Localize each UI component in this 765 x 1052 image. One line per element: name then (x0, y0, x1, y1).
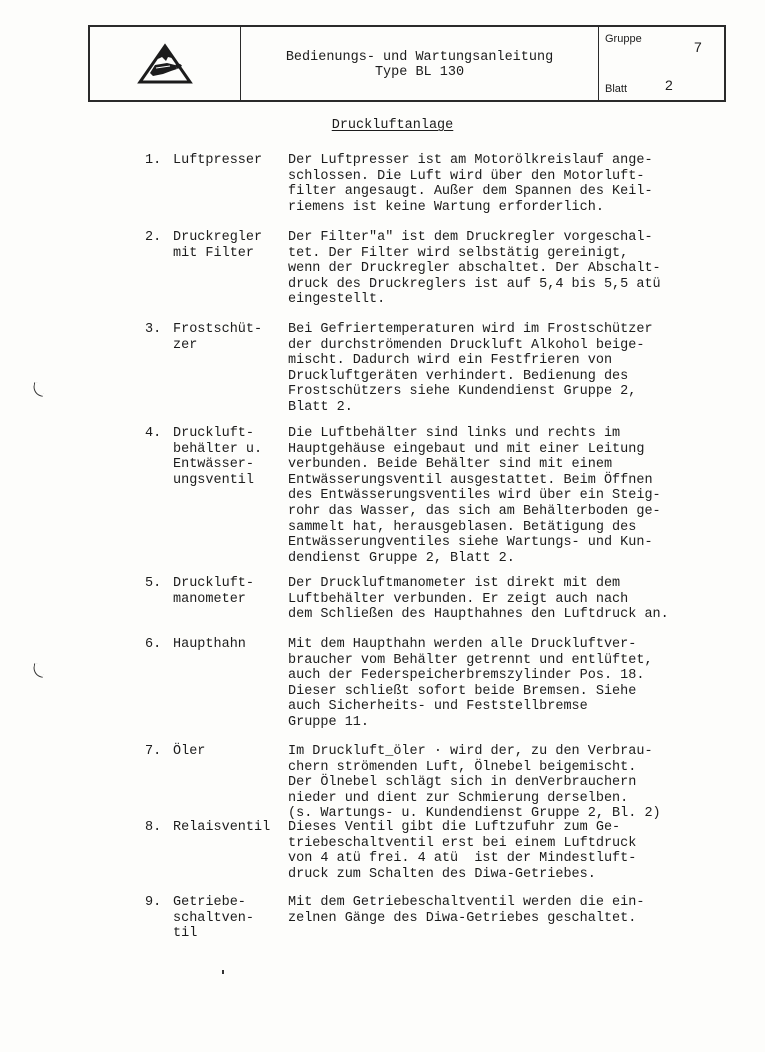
item-number: 4. (145, 426, 161, 442)
item-term: Getriebe- schaltven- til (173, 895, 254, 942)
gruppe-label: Gruppe (605, 33, 642, 45)
binder-hole-mark (32, 663, 45, 678)
item-description: Die Luftbehälter sind links und rechts i… (288, 426, 661, 566)
item-number: 3. (145, 322, 161, 338)
section-title: Druckluftanlage (0, 118, 765, 133)
item-description: Mit dem Getriebeschaltventil werden die … (288, 895, 644, 926)
item-number: 1. (145, 153, 161, 169)
item-term: Luftpresser (173, 153, 262, 169)
item-number: 5. (145, 576, 161, 592)
item-term: Öler (173, 744, 205, 760)
item-term: Druckluft- behälter u. Entwässer- ungsve… (173, 426, 262, 488)
item-number: 9. (145, 895, 161, 911)
warning-triangle-hand-wrench-icon (137, 43, 193, 85)
item-term: Relaisventil (173, 820, 270, 836)
logo-cell (90, 27, 241, 100)
item-description: Bei Gefriertemperaturen wird im Frostsch… (288, 322, 653, 416)
document-type: Type BL 130 (375, 65, 464, 80)
binder-hole-mark (32, 382, 45, 397)
gruppe-value: 7 (694, 39, 702, 55)
item-number: 7. (145, 744, 161, 760)
item-number: 2. (145, 230, 161, 246)
item-description: Im Druckluft_öler · wird der, zu den Ver… (288, 744, 661, 822)
item-number: 6. (145, 637, 161, 653)
document-header: Bedienungs- und Wartungsanleitung Type B… (88, 25, 726, 102)
blatt-label: Blatt (605, 83, 627, 95)
stray-mark (222, 970, 224, 974)
item-description: Mit dem Haupthahn werden alle Druckluftv… (288, 637, 653, 731)
item-description: Dieses Ventil gibt die Luftzufuhr zum Ge… (288, 820, 636, 882)
item-term: Druckregler mit Filter (173, 230, 262, 261)
blatt-value: 2 (665, 77, 673, 93)
item-term: Druckluft- manometer (173, 576, 254, 607)
document-title: Bedienungs- und Wartungsanleitung (286, 50, 553, 65)
item-description: Der Luftpresser ist am Motorölkreislauf … (288, 153, 653, 215)
item-number: 8. (145, 820, 161, 836)
meta-cell: Gruppe 7 Blatt 2 (599, 27, 724, 100)
item-description: Der Filter"a" ist dem Druckregler vorges… (288, 230, 661, 308)
item-term: Haupthahn (173, 637, 246, 653)
title-cell: Bedienungs- und Wartungsanleitung Type B… (241, 27, 599, 100)
item-term: Frostschüt- zer (173, 322, 262, 353)
item-description: Der Druckluftmanometer ist direkt mit de… (288, 576, 669, 623)
